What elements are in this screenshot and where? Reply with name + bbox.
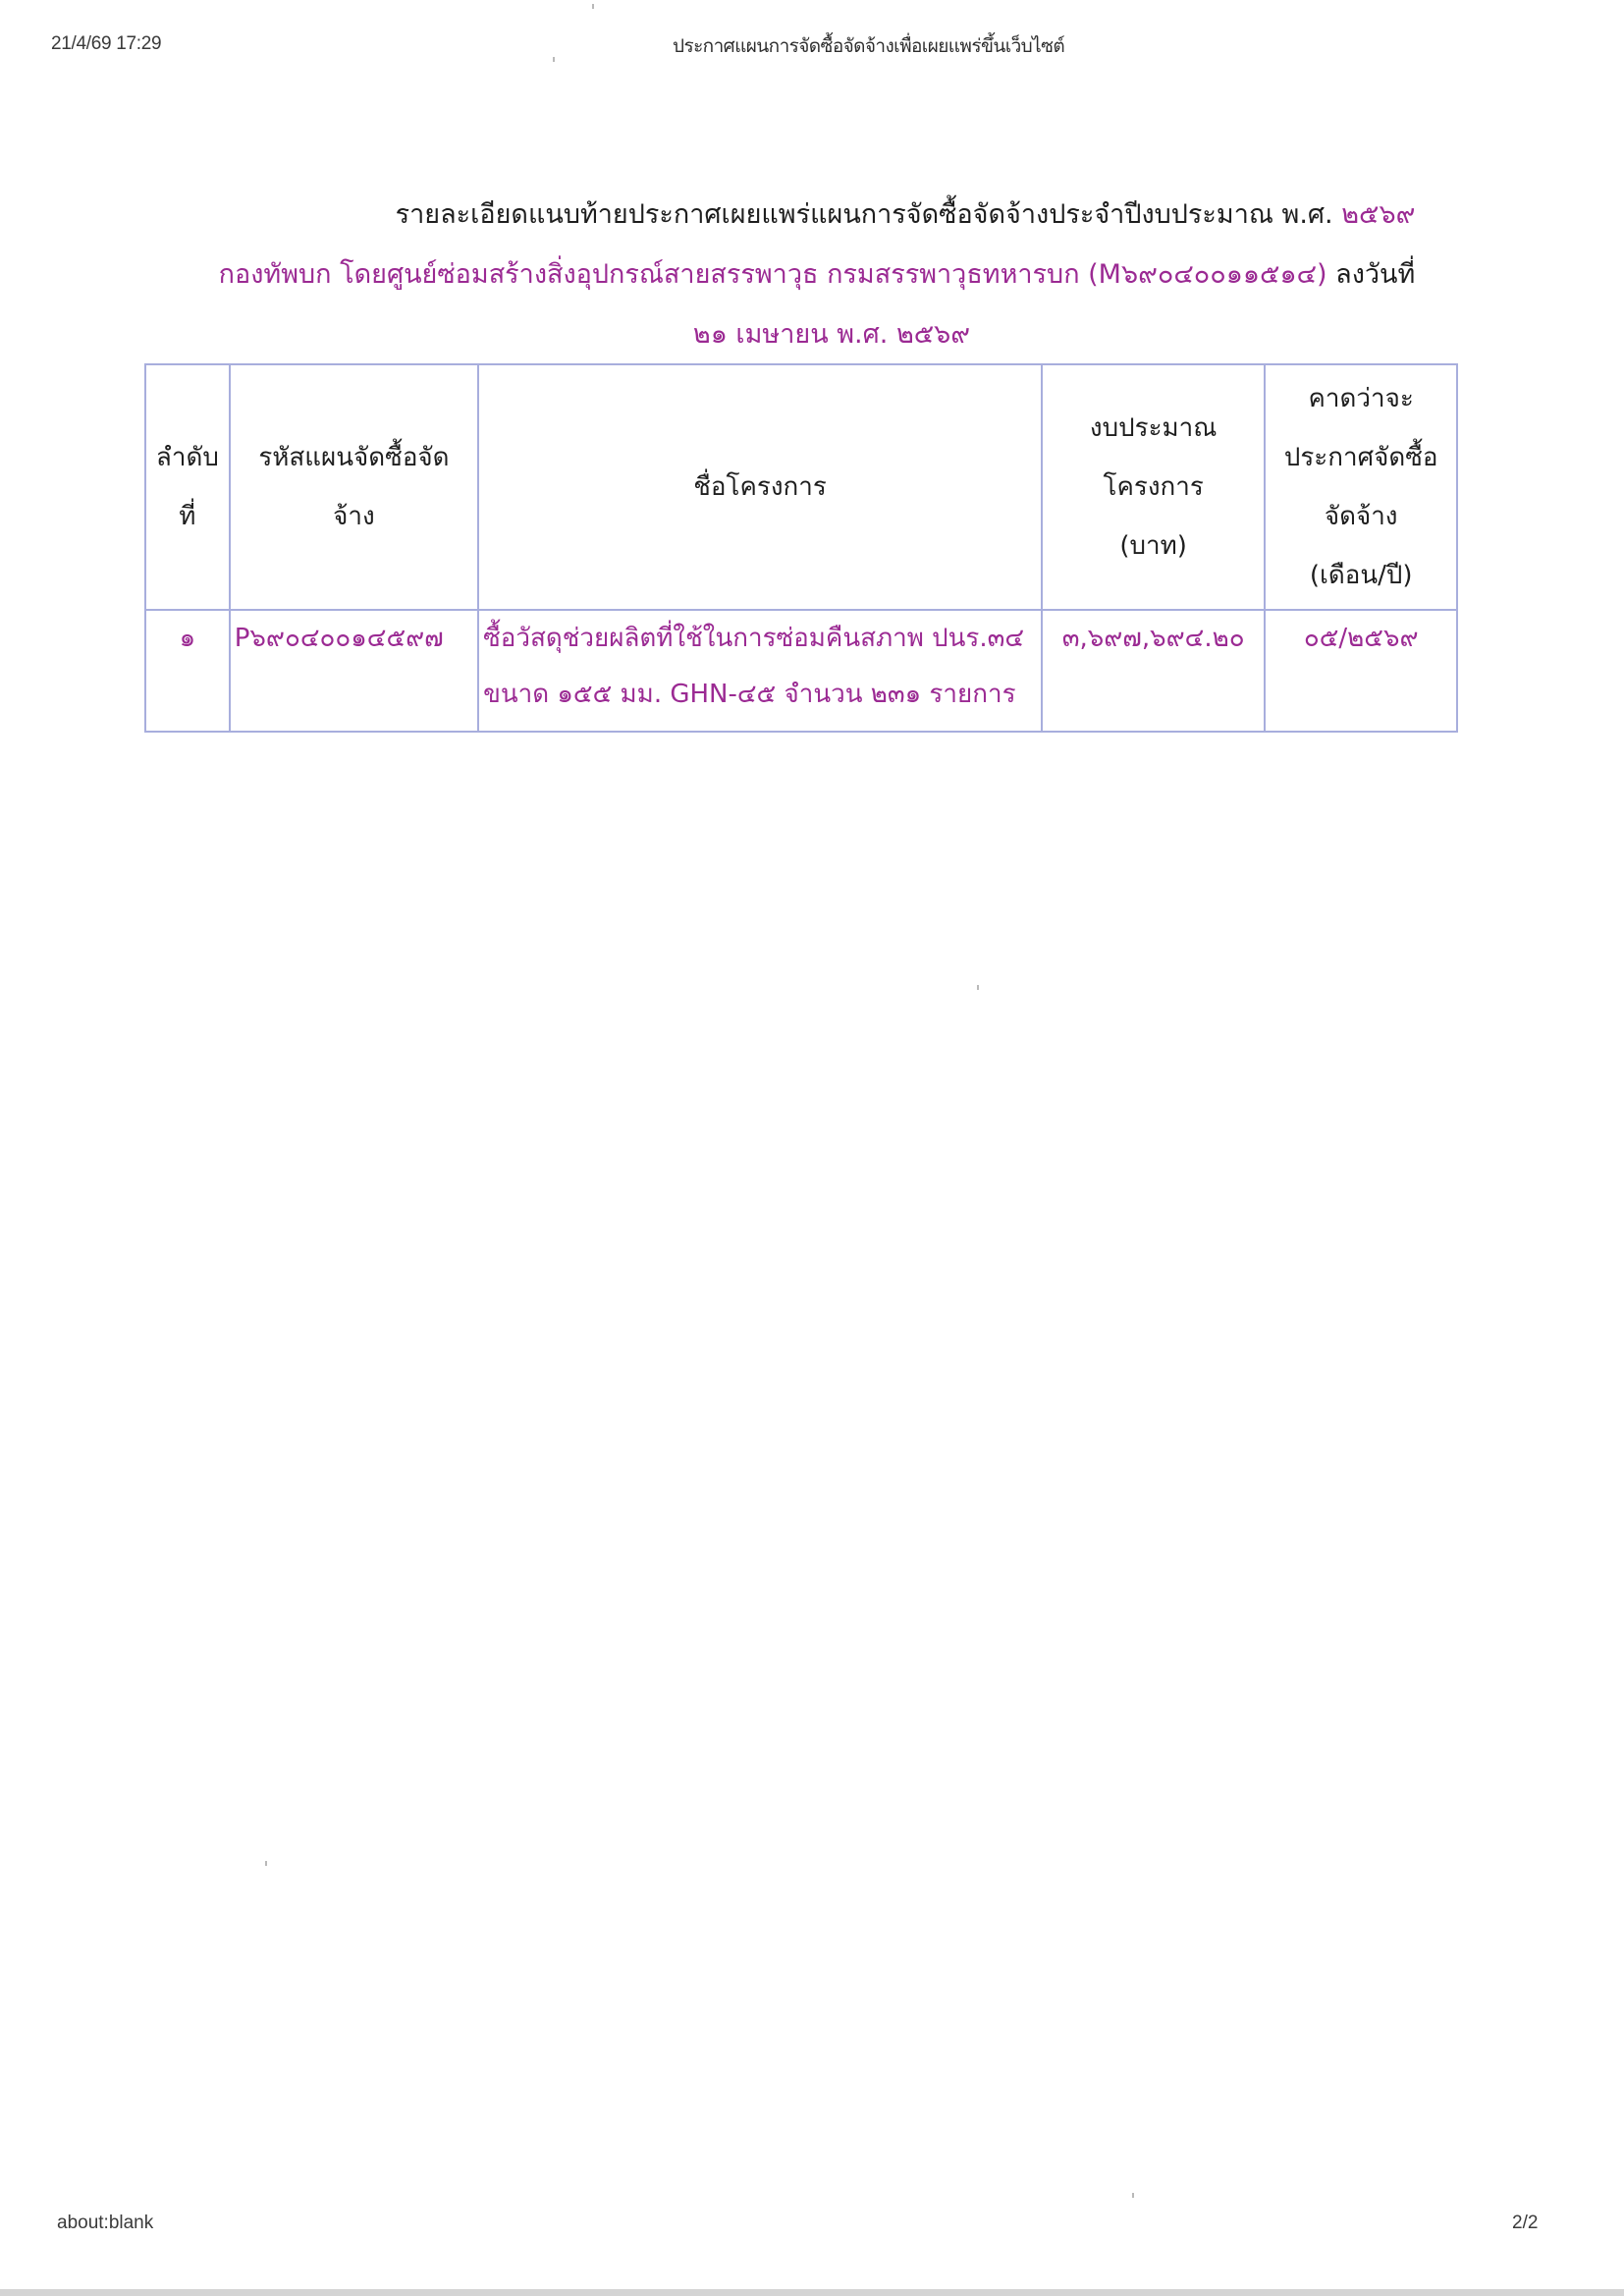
table-row: ๑ P๖๙๐๔๐๐๑๔๕๙๗ ซื้อวัสดุช่วยผลิตที่ใช้ใน… [145, 610, 1457, 732]
agency-name: กองทัพบก โดยศูนย์ซ่อมสร้างสิ่งอุปกรณ์สาย… [219, 259, 1327, 290]
scan-speck [1132, 2193, 1134, 2198]
print-url: about:blank [57, 2213, 153, 2234]
scan-speck [553, 57, 555, 62]
header-budget: งบประมาณ โครงการ (บาท) [1042, 364, 1265, 610]
cell-plan-code: P๖๙๐๔๐๐๑๔๕๙๗ [230, 610, 478, 732]
table-header-row: ลำดับ ที่ รหัสแผนจัดซื้อจัด จ้าง ชื่อโคร… [145, 364, 1457, 610]
scan-bottom-edge [0, 2289, 1624, 2296]
fiscal-year: ๒๕๖๙ [1341, 199, 1415, 230]
scan-speck [977, 985, 979, 990]
cell-budget: ๓,๖๙๗,๖๙๔.๒๐ [1042, 610, 1265, 732]
project-name-line2: ขนาด ๑๕๕ มม. GHN-๔๕ จำนวน ๒๓๑ รายการ [483, 667, 1037, 723]
header-project-name: ชื่อโครงการ [478, 364, 1042, 610]
cell-expected-month: ๐๕/๒๕๖๙ [1265, 610, 1457, 732]
title-text: รายละเอียดแนบท้ายประกาศเผยแพร่แผนการจัดซ… [396, 199, 1333, 230]
scan-speck [265, 1861, 267, 1866]
header-seq: ลำดับ ที่ [145, 364, 230, 610]
print-page-title: ประกาศแผนการจัดซื้อจัดจ้างเพื่อเผยแพร่ขึ… [673, 31, 1064, 61]
dated-label: ลงวันที่ [1335, 259, 1415, 290]
cell-project-name: ซื้อวัสดุช่วยผลิตที่ใช้ในการซ่อมคืนสภาพ … [478, 610, 1042, 732]
print-page-number: 2/2 [1512, 2213, 1538, 2234]
document-title-line2: กองทัพบก โดยศูนย์ซ่อมสร้างสิ่งอุปกรณ์สาย… [5, 252, 1624, 295]
document-title-line1: รายละเอียดแนบท้ายประกาศเผยแพร่แผนการจัดซ… [93, 192, 1624, 235]
header-expected-month: คาดว่าจะ ประกาศจัดซื้อ จัดจ้าง (เดือน/ปี… [1265, 364, 1457, 610]
procurement-plan-table: ลำดับ ที่ รหัสแผนจัดซื้อจัด จ้าง ชื่อโคร… [144, 363, 1458, 733]
cell-seq: ๑ [145, 610, 230, 732]
header-plan-code: รหัสแผนจัดซื้อจัด จ้าง [230, 364, 478, 610]
scan-speck [592, 4, 594, 9]
project-name-line1: ซื้อวัสดุช่วยผลิตที่ใช้ในการซ่อมคืนสภาพ … [483, 611, 1037, 667]
print-datetime: 21/4/69 17:29 [51, 33, 161, 55]
announcement-date: ๒๑ เมษายน พ.ศ. ๒๕๖๙ [20, 312, 1624, 355]
